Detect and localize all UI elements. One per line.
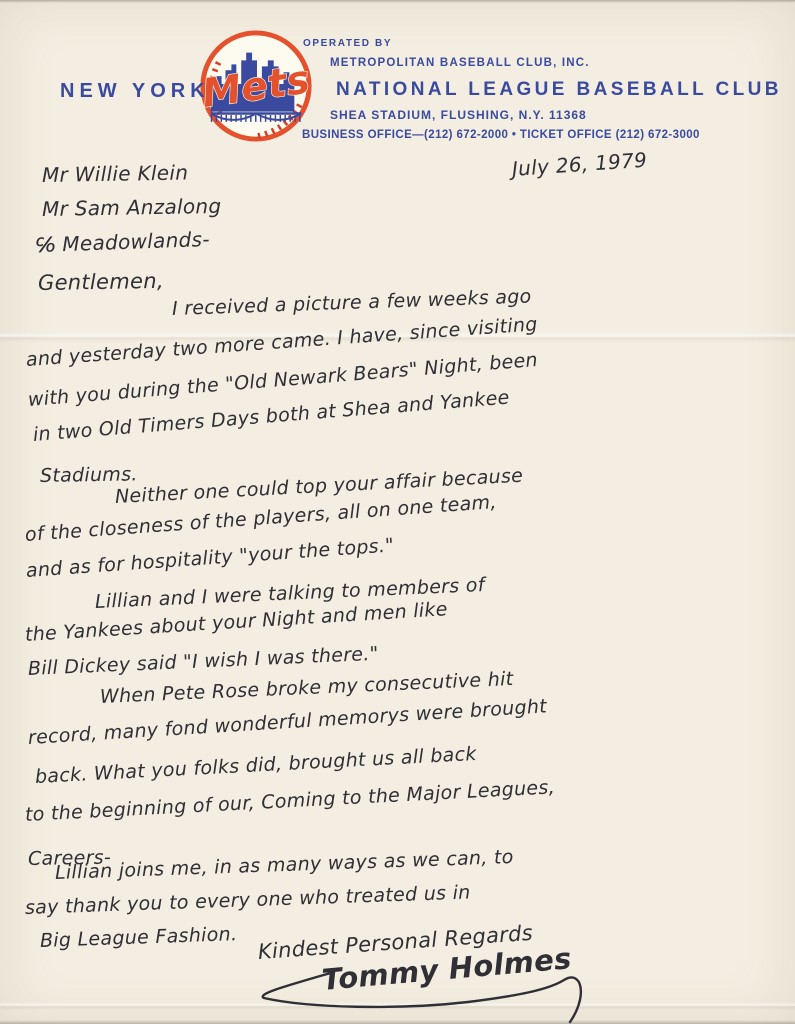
body-line: back. What you folks did, brought us all… — [34, 743, 477, 788]
letterhead-league-title: NATIONAL LEAGUE BASEBALL CLUB — [336, 79, 782, 101]
mets-logo-icon: Mets — [197, 27, 315, 145]
letterhead-phone-numbers: BUSINESS OFFICE—(212) 672-2000 • TICKET … — [302, 129, 700, 141]
salutation: Gentlemen, — [38, 269, 164, 295]
body-line: Lillian joins me, in as many ways as we … — [55, 846, 514, 884]
letterhead-address: SHEA STADIUM, FLUSHING, N.Y. 11368 — [330, 108, 587, 122]
body-line: I received a picture a few weeks ago — [172, 285, 532, 320]
scan-edge-top — [0, 0, 795, 3]
letter-paper: Mets NEW YORK OPERATED BY METROPOLITAN B… — [0, 0, 795, 1024]
body-line: Stadiums. — [40, 463, 138, 487]
body-line: say thank you to every one who treated u… — [25, 881, 471, 919]
letterhead-company: METROPOLITAN BASEBALL CLUB, INC. — [330, 57, 590, 69]
recipient-line: Mr Willie Klein — [42, 160, 189, 187]
letter-date: July 26, 1979 — [511, 148, 648, 181]
body-line: Big League Fashion. — [40, 923, 238, 952]
recipient-line: Mr Sam Anzalong — [42, 194, 222, 221]
mets-logo: Mets — [197, 27, 315, 145]
recipient-line: ℅ Meadowlands- — [36, 227, 211, 257]
body-line: Bill Dickey said "I wish I was there." — [28, 643, 380, 680]
letterhead-operated-by: OPERATED BY — [303, 38, 392, 49]
letterhead-city: NEW YORK — [60, 80, 210, 103]
